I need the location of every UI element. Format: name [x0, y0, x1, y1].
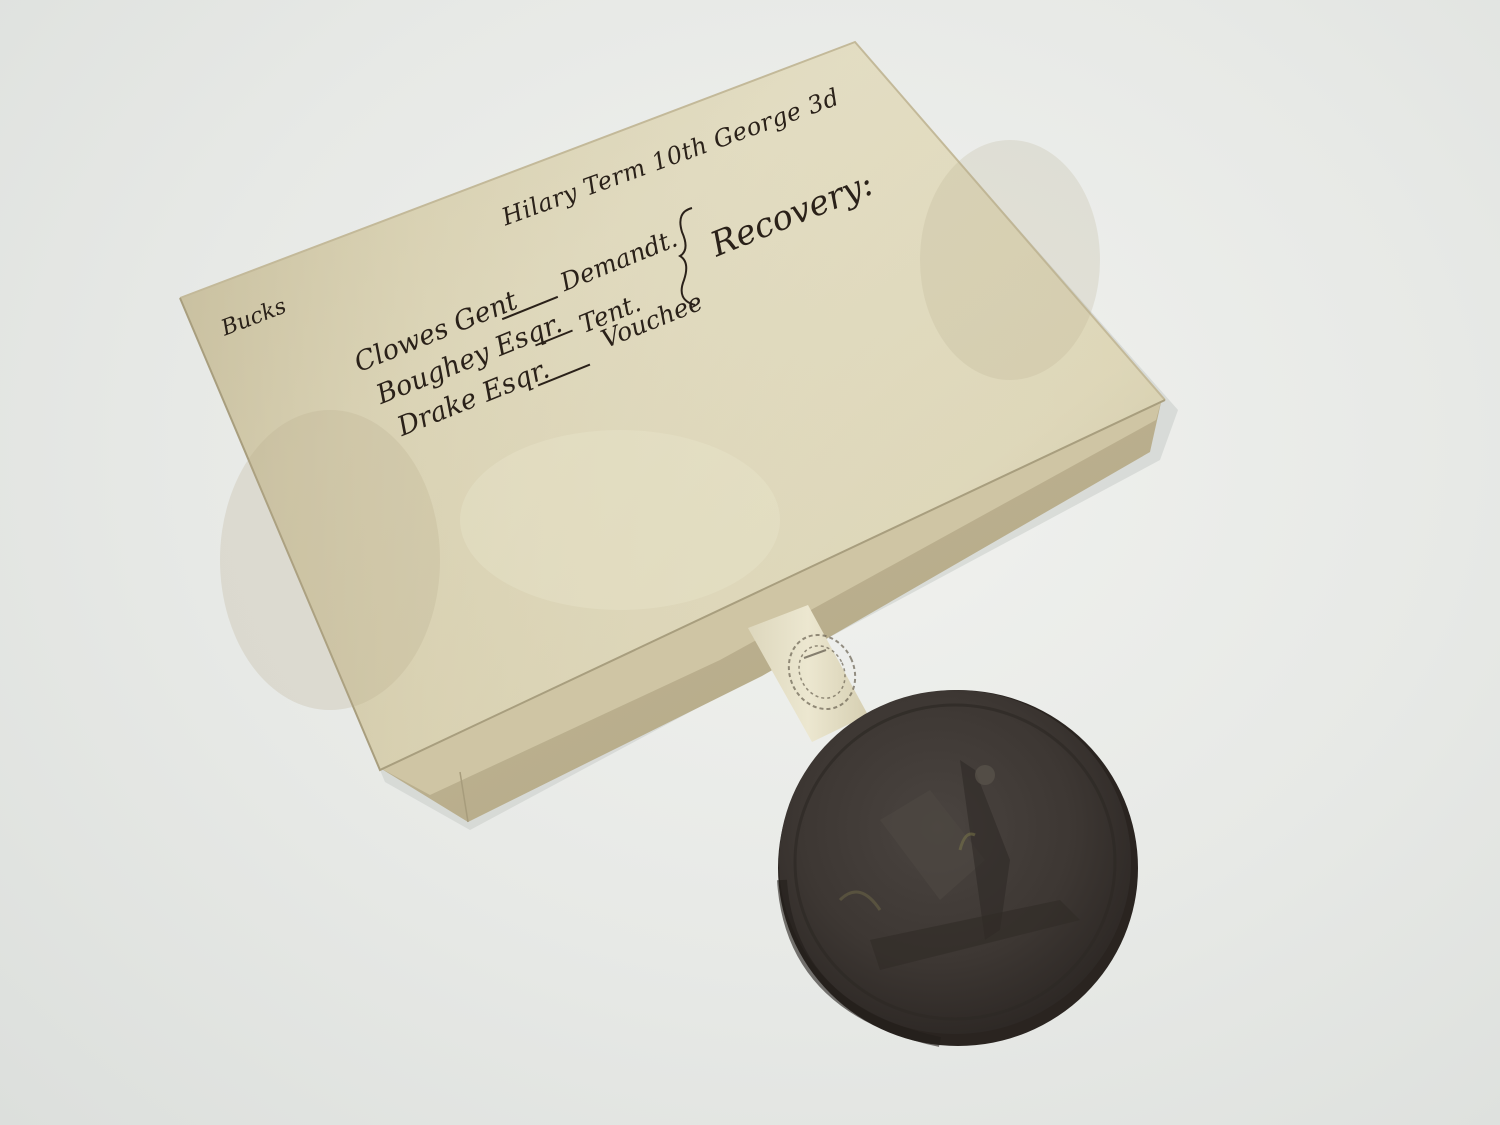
photo-scene: Hilary Term 10th George 3d Bucks Clowes … — [0, 0, 1500, 1125]
artifact-illustration — [0, 0, 1500, 1125]
wax-seal — [778, 690, 1138, 1046]
